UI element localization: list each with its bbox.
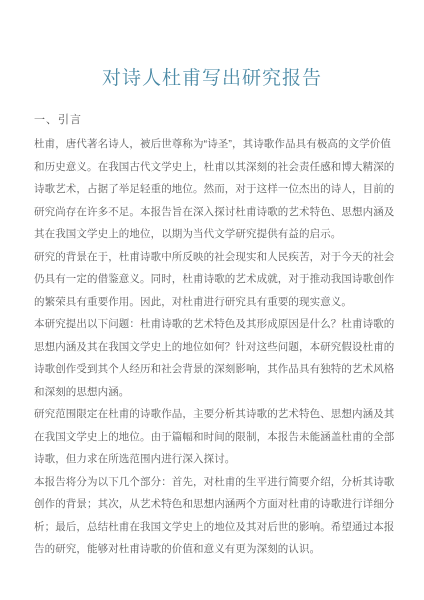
text-line: 在我国文学史上的地位。由于篇幅和时间的限制，本报告未能涵盖杜甫的全部 [34, 426, 390, 449]
text-line: 创作的背景；其次，从艺术特色和思想内涵两个方面对杜甫的诗歌进行详细分 [34, 493, 390, 516]
document-title: 对诗人杜甫写出研究报告 [0, 0, 424, 92]
document-body: 一、引言 杜甫，唐代著名诗人，被后世尊称为“诗圣”，其诗歌作品具有极高的文学价值… [0, 113, 424, 561]
text-line: 诗歌艺术，占据了举足轻重的地位。然而，对于这样一位杰出的诗人，目前的 [34, 178, 390, 201]
text-line: 告的研究，能够对杜甫诗歌的价值和意义有更为深刻的认识。 [34, 538, 390, 561]
text-line: 和历史意义。在我国古代文学史上，杜甫以其深刻的社会责任感和博大精深的 [34, 156, 390, 179]
text-line: 本研究提出以下问题：杜甫诗歌的艺术特色及其形成原因是什么？杜甫诗歌的 [34, 313, 390, 336]
text-line: 其在我国文学史上的地位，以期为当代文学研究提供有益的启示。 [34, 223, 390, 246]
body-text: 杜甫，唐代著名诗人，被后世尊称为“诗圣”，其诗歌作品具有极高的文学价值 和历史意… [34, 133, 390, 561]
text-line: 析；最后，总结杜甫在我国文学史上的地位及其对后世的影响。希望通过本报 [34, 516, 390, 539]
text-line: 仍具有一定的借鉴意义。同时，杜甫诗歌的艺术成就，对于推动我国诗歌创作 [34, 268, 390, 291]
paragraph: 研究的背景在于，杜甫诗歌中所反映的社会现实和人民疾苦，对于今天的社会 仍具有一定… [34, 246, 390, 314]
paragraph: 本报告将分为以下几个部分：首先，对杜甫的生平进行简要介绍，分析其诗歌 创作的背景… [34, 471, 390, 561]
text-line: 研究范围限定在杜甫的诗歌作品，主要分析其诗歌的艺术特色、思想内涵及其 [34, 403, 390, 426]
text-line: 和深刻的思想内涵。 [34, 381, 390, 404]
text-line: 思想内涵及其在我国文学史上的地位如何？针对这些问题，本研究假设杜甫的 [34, 336, 390, 359]
text-line: 的繁荣具有重要作用。因此，对杜甫进行研究具有重要的现实意义。 [34, 291, 390, 314]
paragraph: 杜甫，唐代著名诗人，被后世尊称为“诗圣”，其诗歌作品具有极高的文学价值 和历史意… [34, 133, 390, 246]
text-line: 杜甫，唐代著名诗人，被后世尊称为“诗圣”，其诗歌作品具有极高的文学价值 [34, 133, 390, 156]
text-line: 诗歌创作受到其个人经历和社会背景的深刻影响，其作品具有独特的艺术风格 [34, 358, 390, 381]
paragraph: 研究范围限定在杜甫的诗歌作品，主要分析其诗歌的艺术特色、思想内涵及其 在我国文学… [34, 403, 390, 471]
section-heading-introduction: 一、引言 [34, 113, 390, 128]
text-line: 研究的背景在于，杜甫诗歌中所反映的社会现实和人民疾苦，对于今天的社会 [34, 246, 390, 269]
document-page: 对诗人杜甫写出研究报告 一、引言 杜甫，唐代著名诗人，被后世尊称为“诗圣”，其诗… [0, 0, 424, 600]
paragraph: 本研究提出以下问题：杜甫诗歌的艺术特色及其形成原因是什么？杜甫诗歌的 思想内涵及… [34, 313, 390, 403]
text-line: 诗歌，但力求在所选范围内进行深入探讨。 [34, 448, 390, 471]
text-line: 本报告将分为以下几个部分：首先，对杜甫的生平进行简要介绍，分析其诗歌 [34, 471, 390, 494]
text-line: 研究尚存在许多不足。本报告旨在深入探讨杜甫诗歌的艺术特色、思想内涵及 [34, 201, 390, 224]
